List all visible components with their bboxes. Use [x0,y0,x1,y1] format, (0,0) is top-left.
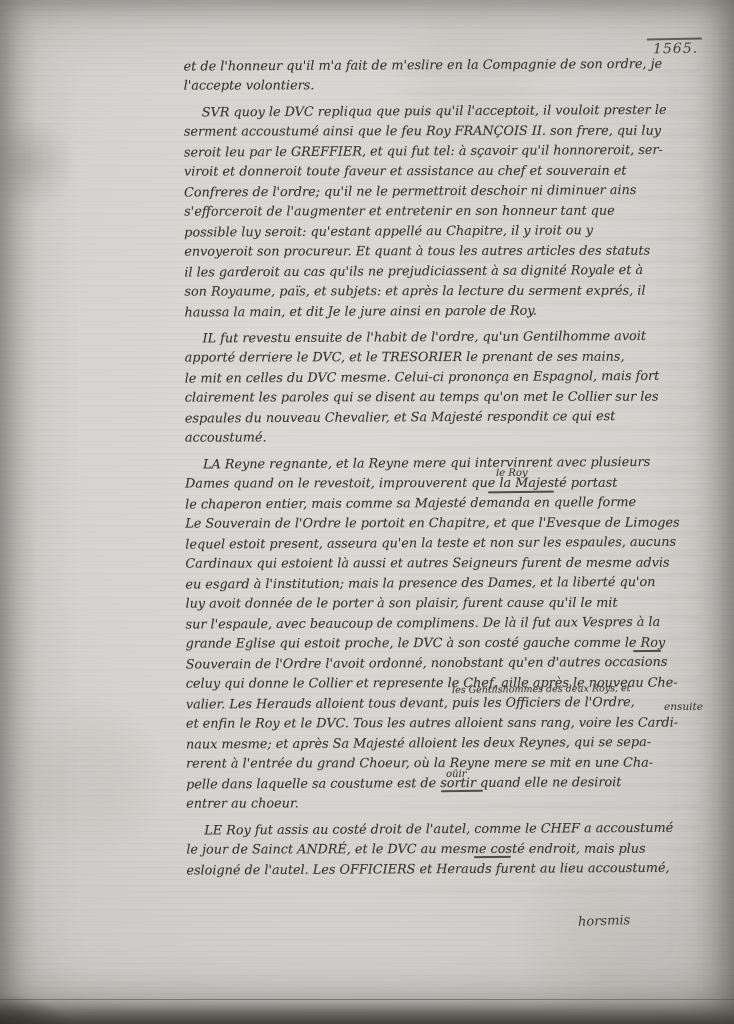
manuscript-line: naux mesme; et après Sa Majesté alloient… [186,733,714,756]
manuscript-line: apporté derriere le DVC, et le TRESORIER… [185,347,713,368]
manuscript-line: le mit en celles du DVC mesme. Celui-ci … [185,367,713,390]
manuscript-line: lequel estoit present, asseura qu'en la … [185,533,713,556]
manuscript-scan-page: 1565. et de l'honneur qu'il m'a fait de … [0,0,734,1024]
manuscript-line: celuy qui donne le Collier et represente… [186,673,714,694]
manuscript-line: luy avoit donnée de le porter à son plai… [185,593,713,614]
manuscript-paragraph: IL fut revestu ensuite de l'habit de l'o… [185,327,713,449]
strikethrough-mark-sortir [441,790,483,792]
manuscript-line: Dames quand on le revestoit, improuveren… [185,473,713,494]
margin-insertion-ensuite: ensuite [664,701,703,713]
manuscript-line: envoyeroit son procureur. Et quant à tou… [184,241,712,262]
manuscript-line: valier. Les Herauds alloient tous devant… [186,693,714,716]
manuscript-line: Souverain de l'Ordre l'avoit ordonné, no… [186,653,714,676]
manuscript-line: clairement les paroles qui se disent au … [185,387,713,408]
manuscript-line: il les garderoit au cas qu'ils ne prejud… [184,261,712,284]
interlinear-insertion-ouir: oüir [446,769,466,780]
interlinear-insertion-gentilshommes: les Gentilshommes des deux Roys, et [452,683,631,696]
manuscript-line: le chaperon entier, mais comme sa Majest… [185,493,713,516]
manuscript-line: LA Reyne regnante, et la Reyne mere qui … [185,453,713,476]
manuscript-line: son Royaume, païs, et subjets: et après … [184,281,712,302]
manuscript-paragraph: SVR quoy le DVC repliqua que puis qu'il … [184,101,713,323]
strikethrough-mark-coste [474,856,511,858]
manuscript-line: et de l'honneur qu'il m'a fait de m'esli… [184,55,712,78]
manuscript-line: viroit et donneroit toute faveur et assi… [184,161,712,182]
manuscript-line: s'efforceroit de l'augmenter et entreten… [184,201,712,222]
manuscript-text-block: et de l'honneur qu'il m'a fait de m'esli… [184,55,715,887]
manuscript-line: accoustumé. [185,427,713,448]
interlinear-insertion-le-roy: le Roy [496,468,528,479]
manuscript-line: SVR quoy le DVC repliqua que puis qu'il … [184,101,712,124]
manuscript-line: serment accoustumé ainsi que le feu Roy … [184,121,712,142]
page-bottom-edge [0,999,734,1024]
bottom-left-corner-shadow [0,994,70,1024]
manuscript-line: seroit leu par le GREFFIER, et qui fut t… [184,141,712,164]
manuscript-line: possible luy seroit: qu'estant appellé a… [184,221,712,244]
manuscript-line: IL fut revestu ensuite de l'habit de l'o… [184,327,712,350]
manuscript-paragraph: LE Roy fut assis au costé droit de l'aut… [186,819,714,881]
manuscript-line: eu esgard à l'institution; mais la prese… [185,573,713,596]
manuscript-line: Cardinaux qui estoient là aussi et autre… [185,553,713,574]
manuscript-line: le jour de Sainct ANDRÉ, et le DVC au me… [186,839,714,860]
manuscript-line: Le Souverain de l'Ordre le portoit en Ch… [185,513,713,534]
catchword: horsmis [578,913,631,930]
manuscript-line: esloigné de l'autel. Les OFFICIERS et He… [186,859,714,882]
manuscript-line: haussa la main, et dit Je le jure ainsi … [184,301,712,324]
manuscript-line: entrer au choeur. [186,793,714,814]
manuscript-paragraph: et de l'honneur qu'il m'a fait de m'esli… [184,55,712,97]
manuscript-line: et enfin le Roy et le DVC. Tous les autr… [186,713,714,734]
manuscript-line: espaules du nouveau Chevalier, et Sa Maj… [185,407,713,430]
strikethrough-mark-roy [633,650,661,652]
manuscript-line: Confreres de l'ordre; qu'il ne le permet… [184,181,712,204]
manuscript-paragraph: LA Reyne regnante, et la Reyne mere qui … [185,453,714,815]
manuscript-line: l'accepte volontiers. [184,75,712,96]
manuscript-line: sur l'espaule, avec beaucoup de complime… [185,613,713,636]
manuscript-line: LE Roy fut assis au costé droit de l'aut… [186,819,714,842]
